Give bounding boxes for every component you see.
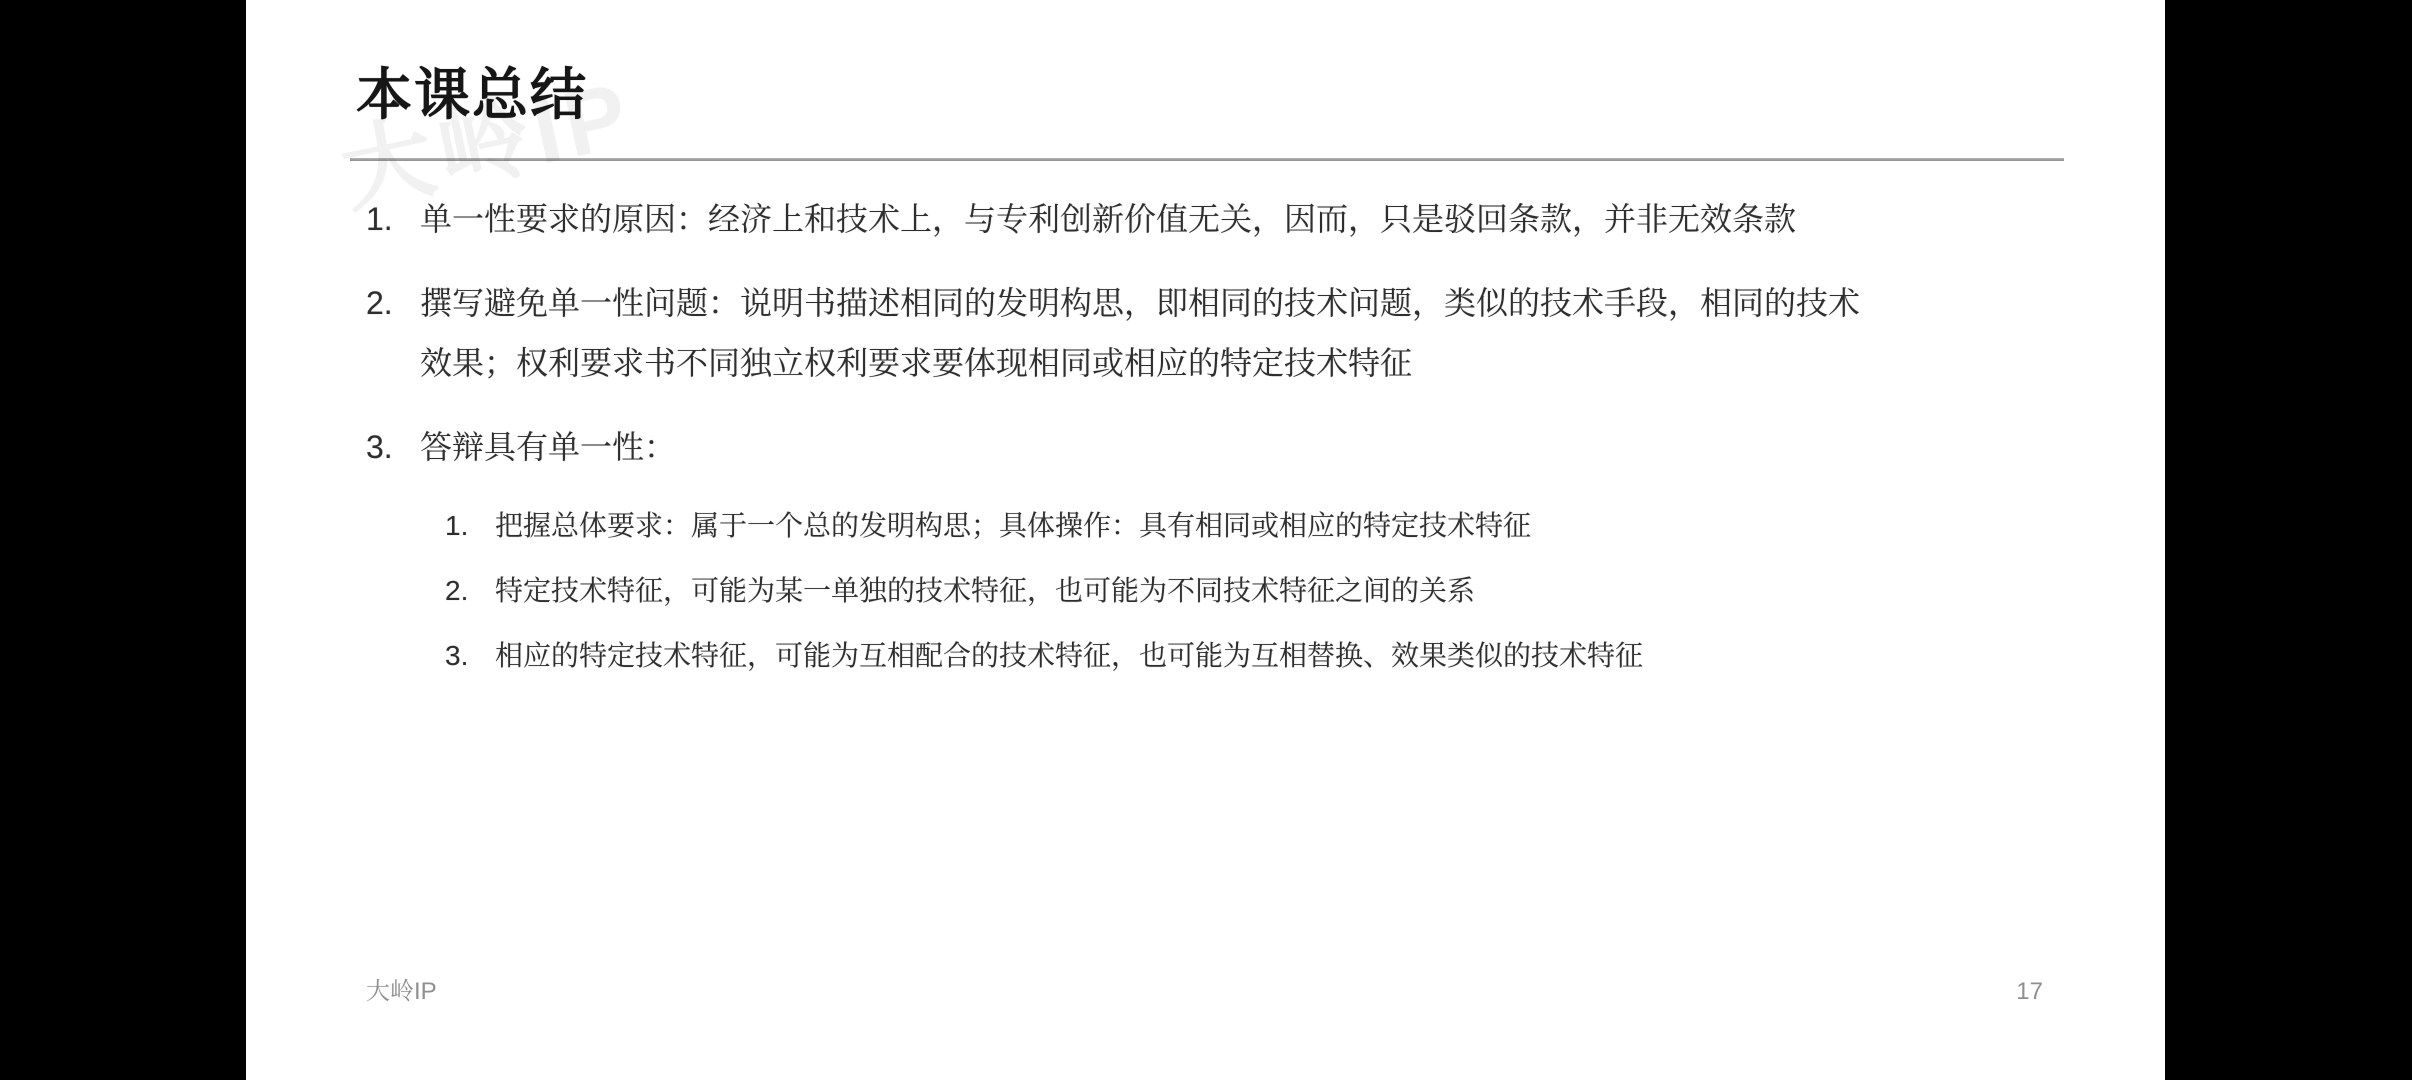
sub-item-text: 把握总体要求：属于一个总的发明构思；具体操作：具有相同或相应的特定技术特征 — [495, 493, 2075, 558]
item-text: 单一性要求的原因：经济上和技术上，与专利创新价值无关，因而，只是驳回条款，并非无… — [420, 189, 2075, 249]
sub-item-text: 特定技术特征，可能为某一单独的技术特征，也可能为不同技术特征之间的关系 — [495, 558, 2075, 623]
slide: 大岭IP 本课总结 1. 单一性要求的原因：经济上和技术上，与专利创新价值无关，… — [246, 0, 2165, 1080]
page-number: 17 — [2016, 978, 2043, 1006]
page-title: 本课总结 — [356, 64, 2075, 126]
footer-brand: 大岭IP — [366, 971, 437, 1006]
item-number: 2. — [366, 273, 420, 333]
sub-item-number: 2. — [445, 558, 495, 623]
item-text: 撰写避免单一性问题：说明书描述相同的发明构思，即相同的技术问题，类似的技术手段，… — [420, 273, 2075, 393]
sub-item-number: 3. — [445, 623, 495, 688]
sub-list-item: 2. 特定技术特征，可能为某一单独的技术特征，也可能为不同技术特征之间的关系 — [356, 558, 2075, 623]
sub-list: 1. 把握总体要求：属于一个总的发明构思；具体操作：具有相同或相应的特定技术特征… — [356, 493, 2075, 688]
list-item: 2. 撰写避免单一性问题：说明书描述相同的发明构思，即相同的技术问题，类似的技术… — [356, 273, 2075, 393]
sub-list-item: 1. 把握总体要求：属于一个总的发明构思；具体操作：具有相同或相应的特定技术特征 — [356, 493, 2075, 558]
title-divider — [350, 158, 2064, 161]
list-item: 1. 单一性要求的原因：经济上和技术上，与专利创新价值无关，因而，只是驳回条款，… — [356, 189, 2075, 249]
summary-list: 1. 单一性要求的原因：经济上和技术上，与专利创新价值无关，因而，只是驳回条款，… — [356, 189, 2075, 477]
letterbox-left — [0, 0, 246, 1080]
list-item: 3. 答辩具有单一性： — [356, 417, 2075, 477]
item-text: 答辩具有单一性： — [420, 417, 2075, 477]
sub-list-item: 3. 相应的特定技术特征，可能为互相配合的技术特征，也可能为互相替换、效果类似的… — [356, 623, 2075, 688]
item-number: 1. — [366, 189, 420, 249]
sub-item-number: 1. — [445, 493, 495, 558]
title-area: 大岭IP 本课总结 — [356, 64, 2075, 126]
video-frame: 大岭IP 本课总结 1. 单一性要求的原因：经济上和技术上，与专利创新价值无关，… — [0, 0, 2412, 1080]
item-number: 3. — [366, 417, 420, 477]
letterbox-right — [2165, 0, 2412, 1080]
sub-item-text: 相应的特定技术特征，可能为互相配合的技术特征，也可能为互相替换、效果类似的技术特… — [495, 623, 2075, 688]
